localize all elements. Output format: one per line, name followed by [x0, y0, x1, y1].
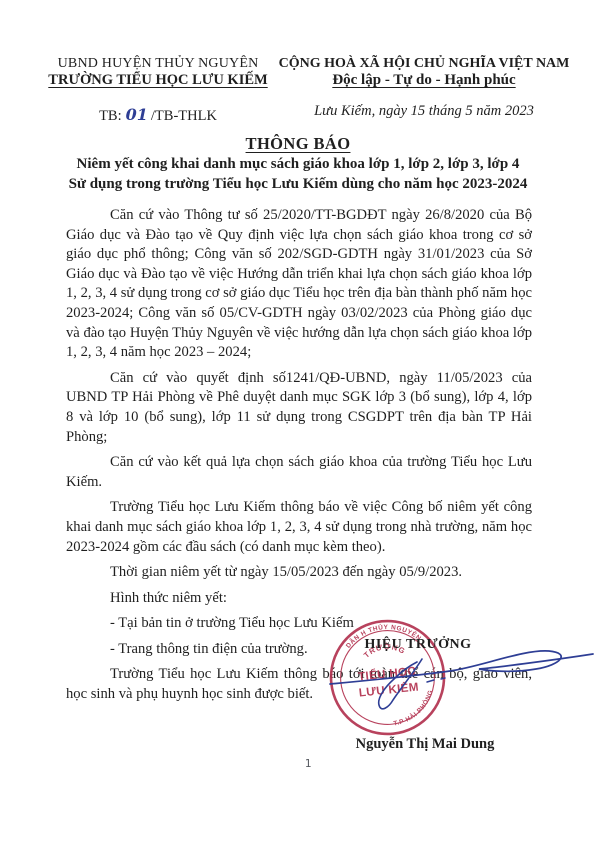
- document-body: Căn cứ vào Thông tư số 25/2020/TT-BGDĐT …: [66, 206, 532, 705]
- body-paragraph: Căn cứ vào Thông tư số 25/2020/TT-BGDĐT …: [66, 206, 532, 363]
- body-paragraph: Trường Tiểu học Lưu Kiếm thông báo về vi…: [66, 498, 532, 557]
- body-paragraph: Căn cứ vào quyết định số1241/QĐ-UBND, ng…: [66, 369, 532, 447]
- doc-number-suffix: /TB-THLK: [151, 108, 217, 124]
- doc-number-prefix: TB:: [99, 108, 122, 124]
- doc-number-handwritten: 01: [126, 105, 148, 124]
- doc-subtitle-line2: Sử dụng trong trường Tiểu học Lưu Kiếm d…: [0, 175, 596, 194]
- signer-name: Nguyễn Thị Mai Dung: [340, 736, 510, 753]
- signature-scribble: [328, 636, 596, 728]
- page-number: 1: [0, 757, 596, 770]
- school-name: TRƯỜNG TIỂU HỌC LƯU KIẾM: [38, 72, 278, 89]
- doc-subtitle-line1: Niêm yết công khai danh mục sách giáo kh…: [0, 155, 596, 174]
- body-paragraph: Thời gian niêm yết từ ngày 15/05/2023 đế…: [66, 563, 532, 583]
- date-line: Lưu Kiếm, ngày 15 tháng 5 năm 2023: [278, 103, 570, 120]
- body-paragraph: - Tại bản tin ở trường Tiểu học Lưu Kiếm: [66, 614, 532, 634]
- title-block: THÔNG BÁO Niêm yết công khai danh mục sá…: [0, 134, 596, 193]
- national-header: CỘNG HOÀ XÃ HỘI CHỦ NGHĨA VIỆT NAM: [278, 56, 570, 72]
- header-right-column: CỘNG HOÀ XÃ HỘI CHỦ NGHĨA VIỆT NAM Độc l…: [278, 56, 570, 125]
- doc-number: TB:01/TB-THLK: [38, 105, 278, 125]
- issuing-authority: UBND HUYỆN THỦY NGUYÊN: [38, 56, 278, 72]
- body-paragraph: Hình thức niêm yết:: [66, 589, 532, 609]
- document-header: UBND HUYỆN THỦY NGUYÊN TRƯỜNG TIỂU HỌC L…: [0, 0, 596, 125]
- header-left-column: UBND HUYỆN THỦY NGUYÊN TRƯỜNG TIỂU HỌC L…: [38, 56, 278, 125]
- body-paragraph: Căn cứ vào kết quả lựa chọn sách giáo kh…: [66, 453, 532, 492]
- doc-title: THÔNG BÁO: [0, 134, 596, 154]
- document-page: UBND HUYỆN THỦY NGUYÊN TRƯỜNG TIỂU HỌC L…: [0, 0, 596, 842]
- national-motto: Độc lập - Tự do - Hạnh phúc: [278, 72, 570, 89]
